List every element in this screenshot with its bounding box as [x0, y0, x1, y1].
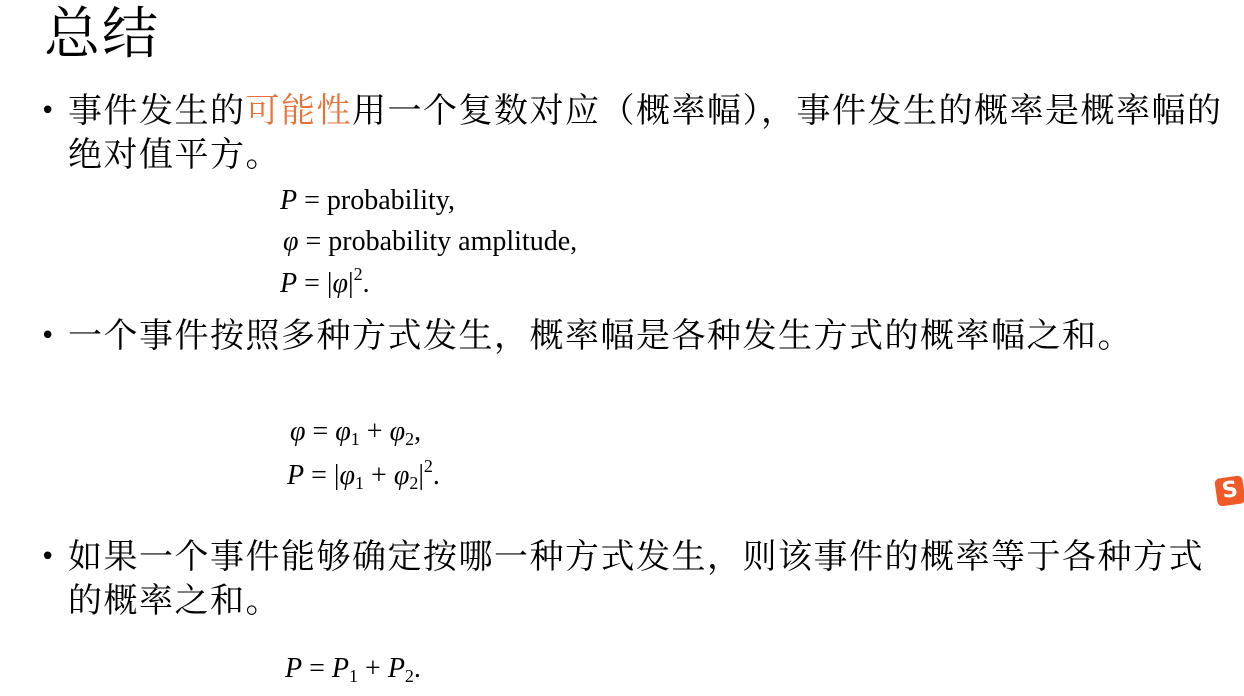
highlighted-term: 可能性 — [246, 91, 353, 131]
equation-probability-sum: P = P1 + P2. — [285, 648, 421, 689]
bullet-item-2: • 一个事件按照多种方式发生，概率幅是各种发生方式的概率幅之和。 — [40, 314, 1230, 358]
equation-probability-interference: P = |φ1 + φ2|2. — [287, 455, 440, 496]
bullet-dot: • — [40, 314, 68, 358]
bullet-text-pre: 事件发生的 — [68, 91, 246, 131]
equation-probability-square: P = |φ|2. — [280, 263, 370, 304]
bullet-dot: • — [40, 89, 68, 177]
equation-amplitude-sum: φ = φ1 + φ2, — [290, 411, 421, 452]
slide-title: 总结 — [44, 2, 160, 68]
bullet-text: 事件发生的可能性用一个复数对应（概率幅），事件发生的概率是概率幅的绝对值平方。 — [68, 89, 1230, 177]
bullet-dot: • — [40, 535, 68, 623]
bullet-text: 如果一个事件能够确定按哪一种方式发生，则该事件的概率等于各种方式的概率之和。 — [68, 535, 1230, 623]
bullet-text: 一个事件按照多种方式发生，概率幅是各种发生方式的概率幅之和。 — [68, 314, 1230, 358]
equation-probability-def: P = probability, — [280, 180, 455, 221]
bullet-item-1: • 事件发生的可能性用一个复数对应（概率幅），事件发生的概率是概率幅的绝对值平方… — [40, 89, 1230, 177]
equation-amplitude-def: φ = probability amplitude, — [283, 221, 577, 262]
ime-sogou-icon[interactable]: S — [1214, 475, 1244, 507]
bullet-item-3: • 如果一个事件能够确定按哪一种方式发生，则该事件的概率等于各种方式的概率之和。 — [40, 535, 1230, 623]
